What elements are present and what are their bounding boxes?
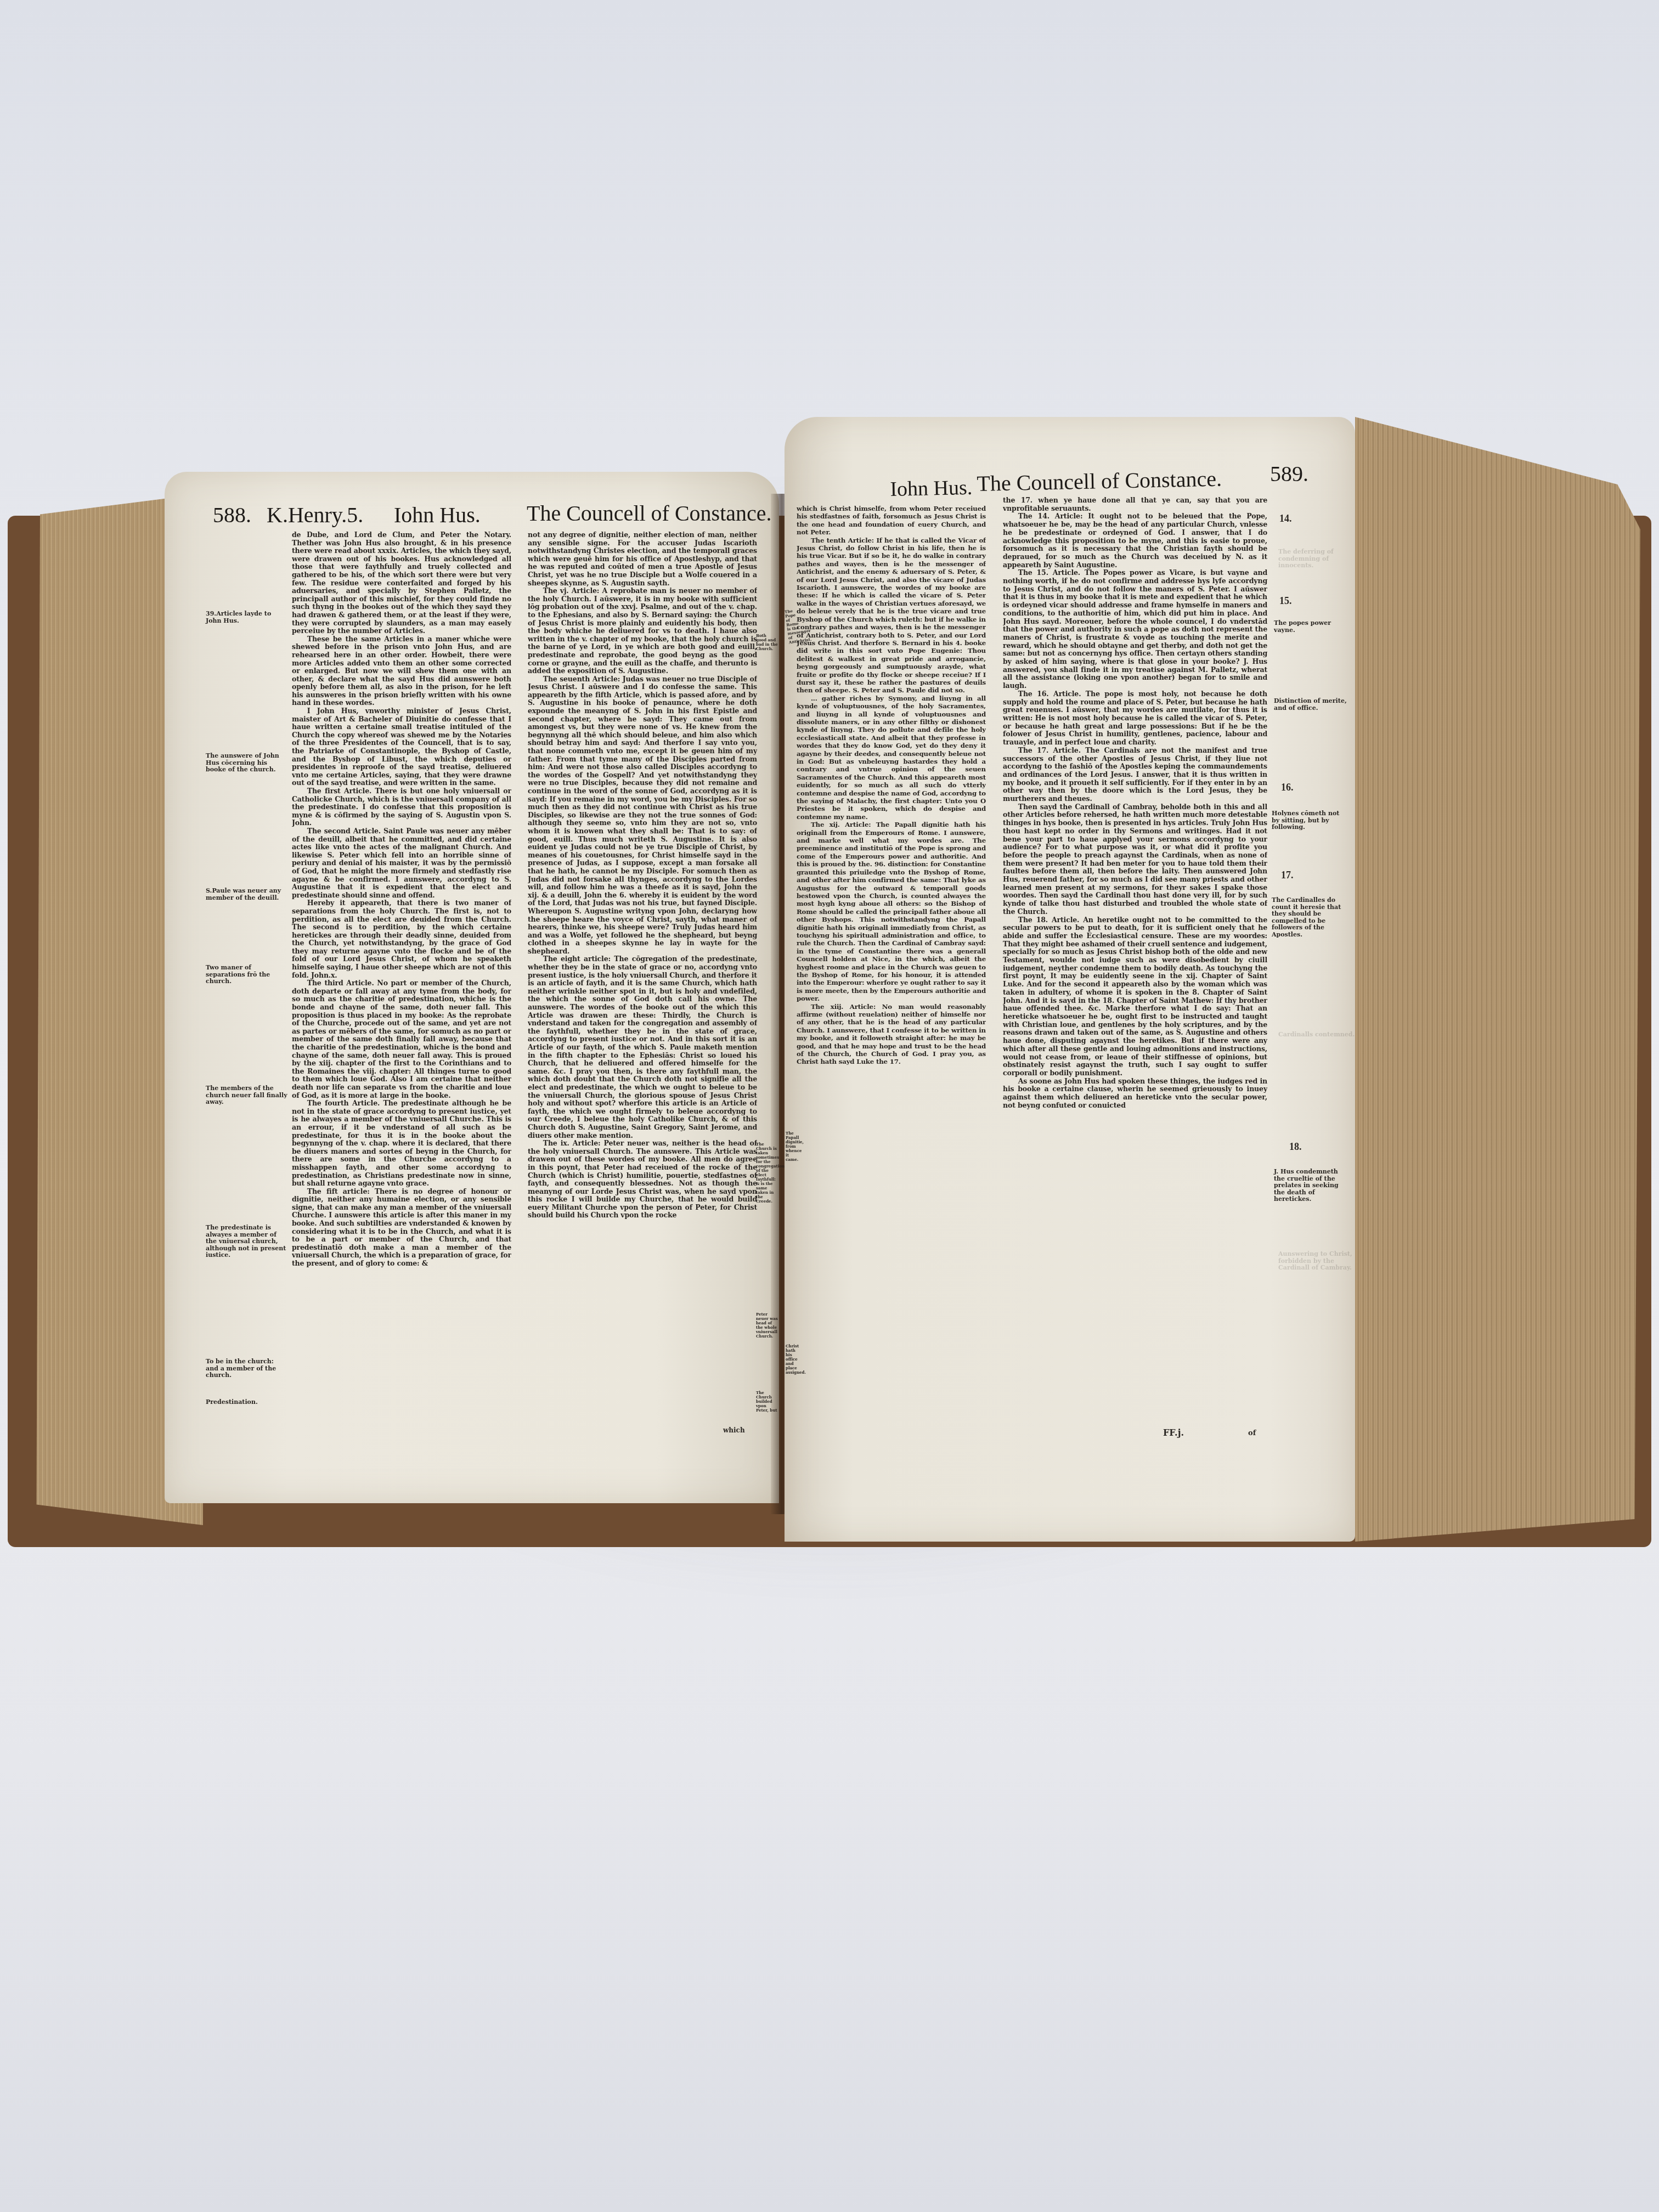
left-running-head-title: The Councell of Constance.	[527, 500, 772, 526]
show-through-text: The deferring of condemning of innocents…	[1278, 549, 1361, 569]
left-page-number: 588.	[213, 502, 251, 528]
margin-note: The predestinate is alwayes a member of …	[206, 1224, 288, 1259]
paragraph: The eight article: The cōgregation of th…	[528, 955, 757, 1139]
paragraph: Then sayd the Cardinall of Cambray, beho…	[1003, 803, 1267, 916]
paragraph: the 17. when ye haue done all that ye ca…	[1003, 496, 1267, 512]
margin-note: Distinction of merite, and of office.	[1274, 698, 1348, 712]
margin-note: The Cardinalles do count it heresie that…	[1272, 897, 1346, 938]
paragraph: The vj. Article: A reprobate man is neue…	[528, 587, 757, 675]
paragraph: The tenth Article: If he that is called …	[797, 537, 986, 695]
margin-note: Predestination.	[206, 1399, 288, 1406]
paragraph: The xiij. Article: No man would reasonab…	[797, 1003, 986, 1066]
paragraph: As soone as John Hus had spoken these th…	[1003, 1077, 1267, 1110]
paragraph: The 15. Article. The Popes power as Vica…	[1003, 569, 1267, 690]
right-page-column-2: the 17. when ye haue done all that ye ca…	[1003, 496, 1267, 1426]
paragraph: The second Article. Saint Paule was neue…	[292, 827, 511, 899]
paragraph: which is Christ himselfe, from whom Pete…	[797, 505, 986, 537]
left-running-head-subject: Iohn Hus.	[394, 502, 481, 528]
margin-note: To be in the church: and a member of the…	[206, 1358, 288, 1379]
paragraph: The fift article: There is no degree of …	[292, 1188, 511, 1268]
left-page-column-2: not any degree of dignitie, neither elec…	[528, 531, 757, 1425]
article-number: 15.	[1279, 595, 1292, 607]
article-number: 18.	[1289, 1141, 1302, 1153]
paragraph: The ix. Article: Peter neuer was, neithe…	[528, 1139, 757, 1220]
paragraph: The xij. Article: The Papall dignitie ha…	[797, 821, 986, 1002]
paragraph: Hereby it appeareth, that there is two m…	[292, 899, 511, 979]
gutter-note: The Papall dignitie, from whence it came…	[786, 1131, 799, 1162]
right-page-number: 589.	[1270, 461, 1308, 487]
margin-note: Two maner of separations frō the church.	[206, 964, 288, 985]
paragraph: I John Hus, vnworthy minister of Jesus C…	[292, 707, 511, 787]
article-number: 17.	[1281, 870, 1294, 881]
paragraph: de Dube, and Lord de Clum, and Peter the…	[292, 531, 511, 635]
paragraph: The fourth Article. The predestinate alt…	[292, 1099, 511, 1188]
left-running-head-king: K.Henry.5.	[267, 502, 363, 528]
gutter-note: Christ hath his office and place assigne…	[786, 1344, 799, 1375]
margin-note: The popes power vayne.	[1274, 620, 1348, 634]
margin-note: S.Paule was neuer any member of the deui…	[206, 888, 288, 901]
margin-note: J. Hus condemneth the crueltie of the pr…	[1274, 1169, 1348, 1203]
paragraph: These be the same Articles in a maner wh…	[292, 635, 511, 707]
margin-note: The aunswere of John Hus cōcerning his b…	[206, 753, 288, 774]
paragraph: The third Article. No part or member of …	[292, 979, 511, 1099]
margin-note: The members of the church neuer fall fin…	[206, 1085, 288, 1106]
paragraph: The first Article. There is but one holy…	[292, 787, 511, 827]
article-number: 14.	[1279, 513, 1292, 524]
margin-note: 39.Articles layde to John Hus.	[206, 611, 288, 624]
right-page-catchword: of	[1248, 1429, 1256, 1437]
paragraph: ... gather riches by Symony, and liuyng …	[797, 695, 986, 821]
right-running-head-title: The Councell of Constance.	[977, 466, 1222, 496]
left-page-column-1: de Dube, and Lord de Clum, and Peter the…	[292, 531, 511, 1420]
paragraph: The 14. Article: It ought not to be bele…	[1003, 512, 1267, 569]
paragraph: not any degree of dignitie, neither elec…	[528, 531, 757, 587]
paragraph: The 18. Article. An heretike ought not t…	[1003, 916, 1267, 1077]
margin-note: Holynes cōmeth not by sitting, but by fo…	[1272, 810, 1346, 831]
paragraph: The 17. Article. The Cardinals are not t…	[1003, 747, 1267, 803]
show-through-text: Cardinalls contemned.	[1278, 1031, 1361, 1039]
article-number: 16.	[1281, 782, 1294, 793]
right-running-head-subject: Iohn Hus.	[890, 476, 973, 501]
right-page-block-edges	[1355, 417, 1640, 1542]
left-page-catchword: which	[723, 1426, 745, 1434]
signature-mark: FF.j.	[1163, 1427, 1184, 1438]
paragraph: The seuenth Article: Judas was neuer no …	[528, 675, 757, 956]
paragraph: The 16. Article. The pope is most holy, …	[1003, 690, 1267, 747]
right-page-column-1: which is Christ himselfe, from whom Pete…	[797, 505, 986, 1415]
show-through-text: Aunswering to Christ, forbidden by the C…	[1278, 1251, 1361, 1272]
